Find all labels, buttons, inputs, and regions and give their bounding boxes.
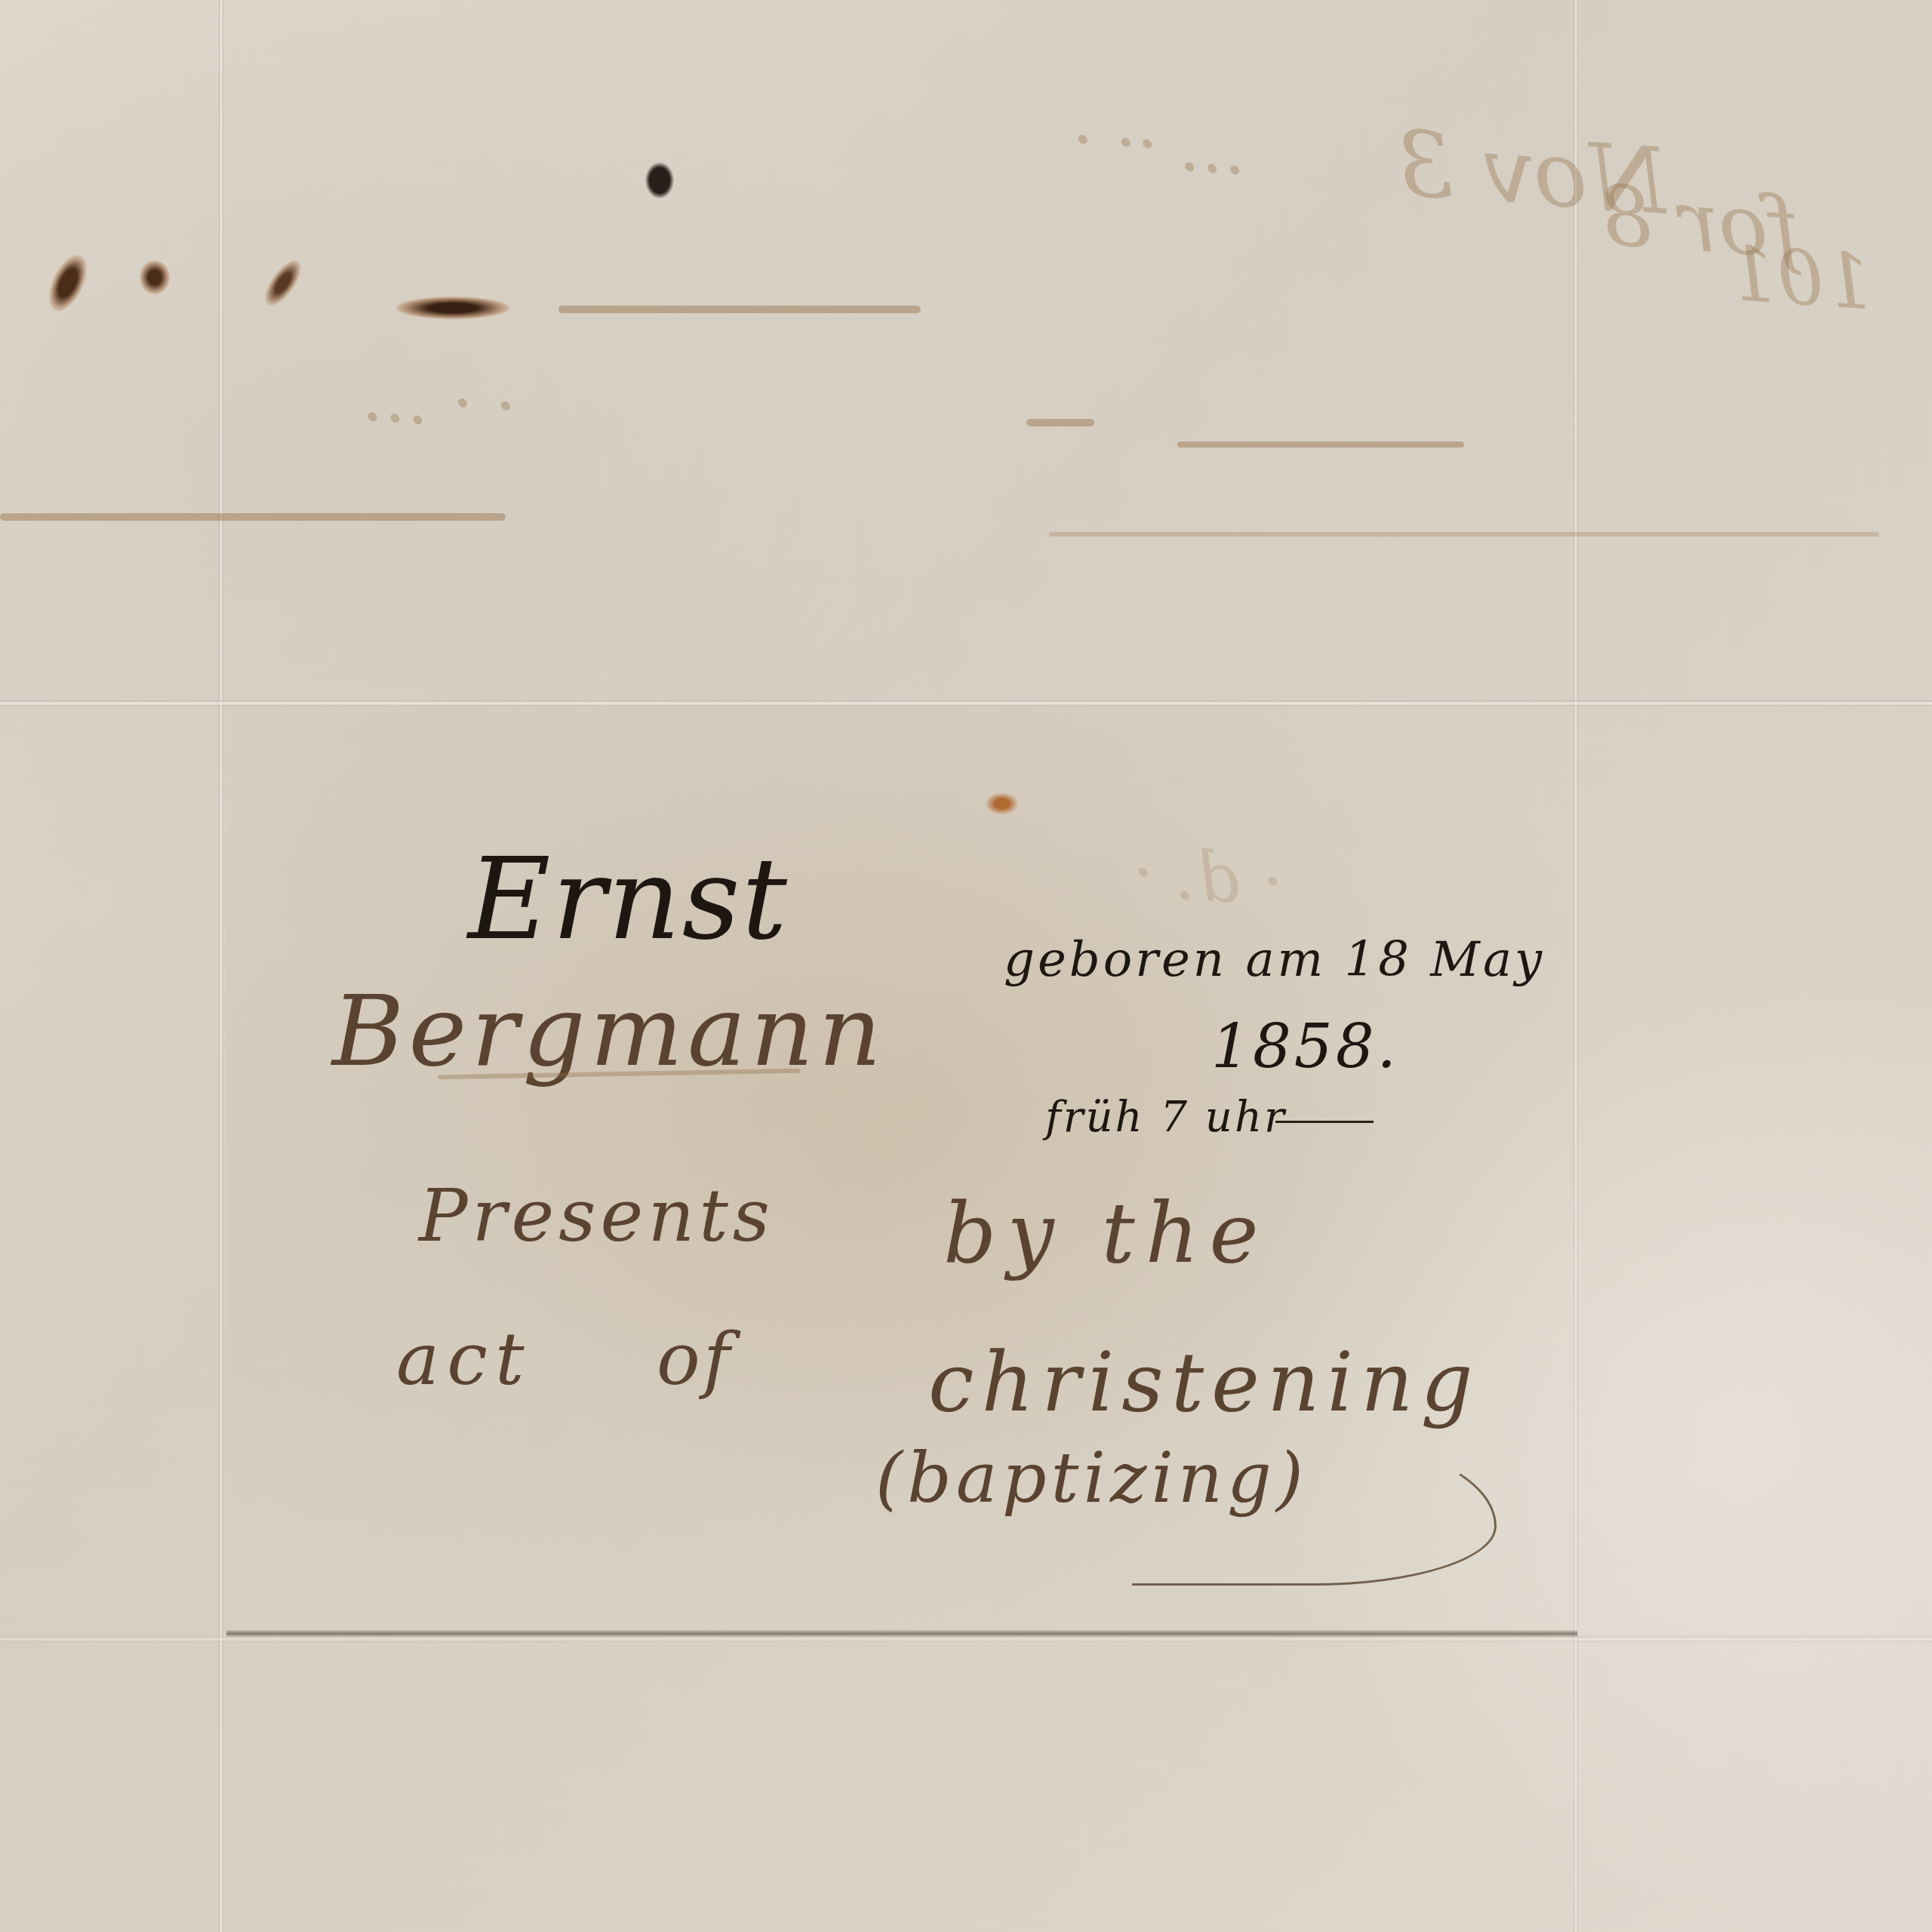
last-name: Bergmann [332,974,886,1088]
first-name: Ernst [468,834,789,965]
birth-time-dash [1275,1121,1374,1123]
bleed-text-3: · · … [360,357,519,447]
ink-dash-2 [140,260,170,294]
bleed-strike-1 [558,306,921,313]
birth-year: 1858. [1211,1011,1399,1081]
ink-blot-top [645,162,674,198]
note-act: act [396,1317,532,1401]
fold-crease-left [219,0,223,1932]
bleed-text-5: 101 [1725,229,1875,327]
fold-crease-right [1574,0,1578,1932]
fold-crease-upper [0,700,1932,706]
bleed-strike-3 [1177,441,1464,448]
bleed-strike-5 [1026,419,1094,426]
bleed-text-6: · d. · [1130,832,1286,922]
note-christening: christening [928,1336,1481,1430]
note-of: of [657,1317,733,1401]
birth-date-line: geboren am 18 May [1004,932,1545,988]
ink-dash-3 [259,255,308,312]
bleed-text-1: … ·· · [1069,100,1251,191]
ink-dash-1 [42,249,94,316]
ink-burn-hole [396,297,509,319]
letter-sheet: … ·· · Nov 3 · · … for 8 101 · d. · Erns… [0,0,1932,1932]
birth-time: früh 7 uhr [1045,1093,1287,1142]
bleed-strike-2 [0,513,506,521]
note-by-the: by the [943,1185,1269,1281]
note-presents: Presents [419,1174,774,1258]
rust-spot [985,792,1019,815]
bleed-strike-4 [1049,532,1879,537]
fold-crease-lower-outer [0,1636,1932,1642]
